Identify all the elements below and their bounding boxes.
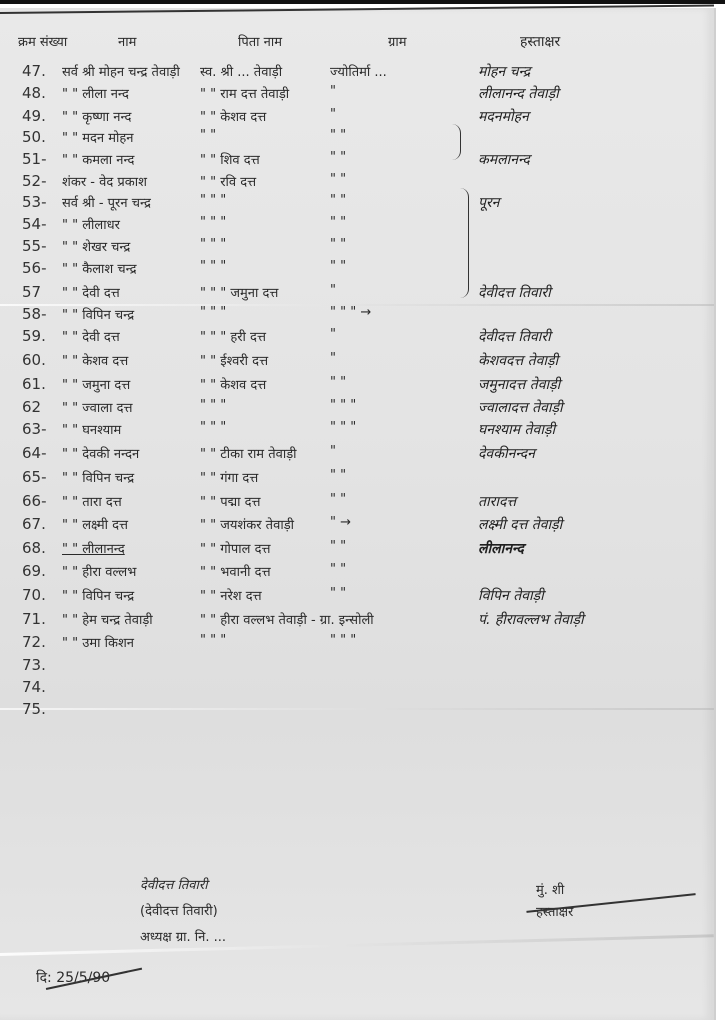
entry-name: " " लीलानन्द	[62, 539, 125, 557]
table-row: 50." " मदन मोहन" "" "	[0, 128, 714, 150]
entry-village: " "	[330, 172, 346, 187]
table-row: 47.सर्व श्री मोहन चन्द्र तेवाड़ीस्व. श्र…	[0, 62, 714, 84]
entry-signature: केशवदत्त तेवाड़ी	[478, 351, 558, 370]
entry-village: " "	[330, 539, 346, 554]
entry-name: " " मदन मोहन	[62, 128, 134, 146]
entry-village: " "	[330, 586, 346, 601]
entry-name: " " हेम चन्द्र तेवाड़ी	[62, 610, 153, 628]
entry-father-name: " " केशव दत्त	[200, 375, 266, 393]
table-row: 62" " ज्वाला दत्त" " "" " "ज्वालादत्त ते…	[0, 398, 714, 420]
header-signature: हस्ताक्षर	[520, 32, 560, 51]
entry-number: 63-	[22, 420, 47, 438]
entry-father-name: " " "	[200, 398, 226, 413]
entry-name: " " लक्ष्मी दत्त	[62, 515, 128, 533]
entry-village: "	[330, 444, 336, 459]
header-village: ग्राम	[388, 32, 406, 50]
entry-father-name: " " केशव दत्त	[200, 107, 266, 125]
entry-father-name: " " "	[200, 237, 226, 252]
entry-signature: पं. हीरावल्लभ तेवाड़ी	[478, 610, 584, 629]
entry-name: " " शेखर चन्द्र	[62, 237, 130, 255]
table-row: 73.	[0, 656, 714, 678]
entry-signature: घनश्याम तेवाड़ी	[478, 420, 555, 439]
table-row: 69." " हीरा वल्लभ" " भवानी दत्त" "	[0, 562, 714, 584]
table-row: 52-शंकर - वेद प्रकाश" " रवि दत्त" "	[0, 172, 714, 194]
table-row: 70." " विपिन चन्द्र" " नरेश दत्त" "विपिन…	[0, 586, 714, 608]
entry-village: " "	[330, 562, 346, 577]
table-row: 68." " लीलानन्द" " गोपाल दत्त" "लीलानन्द	[0, 539, 714, 561]
entry-village: "	[330, 283, 336, 298]
entry-father-name: " " "	[200, 259, 226, 274]
entry-village: " "	[330, 128, 346, 143]
entry-father-name: " " " हरी दत्त	[200, 327, 266, 345]
entry-name: " " लीला नन्द	[62, 84, 129, 102]
entry-number: 67.	[22, 515, 46, 533]
president-name: (देवीदत्त तिवारी)	[140, 899, 226, 925]
entry-number: 68.	[22, 539, 46, 557]
table-row: 59." " देवी दत्त" " " हरी दत्त"देवीदत्त …	[0, 327, 714, 349]
table-row: 65-" " विपिन चन्द्र" " गंगा दत्त" "	[0, 468, 714, 490]
entry-number: 60.	[22, 351, 46, 369]
entry-signature: लक्ष्मी दत्त तेवाड़ी	[478, 515, 562, 534]
entry-signature: देवीदत्त तिवारी	[478, 327, 551, 346]
entry-village: "	[330, 327, 336, 342]
entry-village: " "	[330, 150, 346, 165]
entry-father-name: " " गंगा दत्त	[200, 468, 258, 486]
entry-number: 66-	[22, 492, 47, 510]
table-row: 57" " देवी दत्त" " " जमुना दत्त"देवीदत्त…	[0, 283, 714, 305]
footer-attestation: देवीदत्त तिवारी (देवीदत्त तिवारी) अध्यक्…	[140, 873, 226, 951]
entry-number: 69.	[22, 562, 46, 580]
table-row: 54-" " लीलाधर" " "" "	[0, 215, 714, 237]
entry-number: 54-	[22, 215, 47, 233]
entry-number: 61.	[22, 375, 46, 393]
table-row: 53-सर्व श्री - पूरन चन्द्र" " "" "पूरन	[0, 193, 714, 215]
entry-village: " "	[330, 237, 346, 252]
table-row: 51-" " कमला नन्द" " शिव दत्त" "कमलानन्द	[0, 150, 714, 172]
entry-father-name: " " भवानी दत्त	[200, 562, 271, 580]
table-row: 63-" " घनश्याम" " "" " "घनश्याम तेवाड़ी	[0, 420, 714, 442]
entry-name: " " कैलाश चन्द्र	[62, 259, 137, 277]
entry-father-name: " "	[200, 128, 216, 143]
entry-father-name: स्व. श्री ... तेवाड़ी	[200, 62, 282, 80]
entry-father-name: " " पद्मा दत्त	[200, 492, 261, 510]
entry-signature: देवकीनन्दन	[478, 444, 535, 463]
table-row: 61." " जमुना दत्त" " केशव दत्त" "जमुनादत…	[0, 375, 714, 397]
entry-village: " " "	[330, 420, 356, 435]
entry-name: " " हीरा वल्लभ	[62, 562, 136, 580]
entry-name: " " देवी दत्त	[62, 283, 120, 301]
entry-father-name: " " "	[200, 193, 226, 208]
table-row: 49." " कृष्णा नन्द" " केशव दत्त"मदनमोहन	[0, 107, 714, 129]
entry-father-name: " " नरेश दत्त	[200, 586, 262, 604]
header-serial: क्रम संख्या	[18, 32, 67, 50]
entry-father-name: " " शिव दत्त	[200, 150, 260, 168]
entry-name: " " कमला नन्द	[62, 150, 134, 168]
president-signature: देवीदत्त तिवारी	[140, 873, 226, 899]
stamp-label: मुं. शी	[536, 880, 573, 902]
entry-village: " →	[330, 515, 351, 530]
table-row: 60." " केशव दत्त" " ईश्वरी दत्त"केशवदत्त…	[0, 351, 714, 373]
entry-name: " " देवकी नन्दन	[62, 444, 139, 462]
entry-number: 48.	[22, 84, 46, 102]
entry-father-name: " " हीरा वल्लभ तेवाड़ी - ग्रा. इन्सोली	[200, 610, 374, 628]
entry-number: 51-	[22, 150, 47, 168]
entry-number: 73.	[22, 656, 46, 674]
entry-number: 55-	[22, 237, 47, 255]
entry-number: 50.	[22, 128, 46, 146]
entry-village: " "	[330, 468, 346, 483]
signature-label: हस्ताक्षर	[536, 902, 573, 924]
entry-signature: लीलानन्द तेवाड़ी	[478, 84, 559, 103]
entry-number: 71.	[22, 610, 46, 628]
entry-name: सर्व श्री - पूरन चन्द्र	[62, 193, 151, 211]
entry-name: " " केशव दत्त	[62, 351, 128, 369]
entry-number: 52-	[22, 172, 47, 190]
entry-name: " " विपिन चन्द्र	[62, 468, 134, 486]
table-row: 56-" " कैलाश चन्द्र" " "" "	[0, 259, 714, 281]
entry-number: 64-	[22, 444, 47, 462]
scan-top-border	[0, 0, 725, 4]
entry-father-name: " " गोपाल दत्त	[200, 539, 271, 557]
entry-name: " " लीलाधर	[62, 215, 120, 233]
entry-number: 65-	[22, 468, 47, 486]
entry-name: " " ज्वाला दत्त	[62, 398, 132, 416]
entry-number: 49.	[22, 107, 46, 125]
entry-village: " " " →	[330, 305, 371, 320]
entry-number: 74.	[22, 678, 46, 696]
header-name: नाम	[118, 32, 136, 50]
table-row: 74.	[0, 678, 714, 700]
entry-name: " " कृष्णा नन्द	[62, 107, 131, 125]
entry-name: " " तारा दत्त	[62, 492, 122, 510]
entry-number: 59.	[22, 327, 46, 345]
table-row: 67." " लक्ष्मी दत्त" " जयशंकर तेवाड़ी" →…	[0, 515, 714, 537]
entry-signature: जमुनादत्त तेवाड़ी	[478, 375, 560, 394]
entry-village: " " "	[330, 398, 356, 413]
entry-name: " " जमुना दत्त	[62, 375, 130, 393]
entry-father-name: " " " जमुना दत्त	[200, 283, 278, 301]
entry-name: " " देवी दत्त	[62, 327, 120, 345]
entry-number: 56-	[22, 259, 47, 277]
entry-father-name: " " "	[200, 215, 226, 230]
paper-fold	[0, 934, 714, 956]
table-row: 72." " उमा किशन" " "" " "	[0, 633, 714, 655]
entry-number: 75.	[22, 700, 46, 718]
entry-signature: कमलानन्द	[478, 150, 530, 169]
entry-number: 47.	[22, 62, 46, 80]
entry-village: "	[330, 107, 336, 122]
entry-village: "	[330, 351, 336, 366]
president-title: अध्यक्ष ग्रा. नि. ...	[140, 925, 226, 951]
entry-father-name: " " "	[200, 305, 226, 320]
entry-number: 53-	[22, 193, 47, 211]
entry-village: ज्योतिर्मा ...	[330, 62, 387, 80]
entry-father-name: " " रवि दत्त	[200, 172, 256, 190]
table-row: 66-" " तारा दत्त" " पद्मा दत्त" "तारादत्…	[0, 492, 714, 514]
entry-father-name: " " "	[200, 420, 226, 435]
table-row: 64-" " देवकी नन्दन" " टीका राम तेवाड़ी"द…	[0, 444, 714, 466]
entry-village: " "	[330, 492, 346, 507]
entry-signature: ज्वालादत्त तेवाड़ी	[478, 398, 563, 417]
bracket-mark	[452, 124, 461, 160]
entry-village: " "	[330, 193, 346, 208]
entry-name: " " उमा किशन	[62, 633, 134, 651]
entry-father-name: " " "	[200, 633, 226, 648]
entry-father-name: " " जयशंकर तेवाड़ी	[200, 515, 294, 533]
entry-father-name: " " टीका राम तेवाड़ी	[200, 444, 297, 462]
register-sheet: क्रम संख्या नाम पिता नाम ग्राम हस्ताक्षर…	[0, 8, 716, 1020]
table-row: 75.	[0, 700, 714, 722]
entry-village: "	[330, 84, 336, 99]
entry-village: " "	[330, 375, 346, 390]
header-father-name: पिता नाम	[238, 32, 282, 50]
entry-signature: देवीदत्त तिवारी	[478, 283, 551, 302]
table-row: 71." " हेम चन्द्र तेवाड़ी" " हीरा वल्लभ …	[0, 610, 714, 632]
entry-number: 57	[22, 283, 41, 301]
entry-number: 70.	[22, 586, 46, 604]
entry-father-name: " " ईश्वरी दत्त	[200, 351, 268, 369]
entry-signature: तारादत्त	[478, 492, 516, 511]
entry-name: शंकर - वेद प्रकाश	[62, 172, 147, 190]
entry-village: " "	[330, 215, 346, 230]
entry-number: 72.	[22, 633, 46, 651]
footer-stamp-signature: मुं. शी हस्ताक्षर	[536, 880, 573, 924]
table-row: 55-" " शेखर चन्द्र" " "" "	[0, 237, 714, 259]
entry-village: " " "	[330, 633, 356, 648]
entry-village: " "	[330, 259, 346, 274]
entry-signature: पूरन	[478, 193, 499, 212]
entry-signature: मोहन चन्द्र	[478, 62, 530, 81]
entry-name: " " विपिन चन्द्र	[62, 586, 134, 604]
entry-name: सर्व श्री मोहन चन्द्र तेवाड़ी	[62, 62, 180, 80]
entry-number: 58-	[22, 305, 47, 323]
entry-father-name: " " राम दत्त तेवाड़ी	[200, 84, 289, 102]
entry-signature: मदनमोहन	[478, 107, 529, 126]
column-header-row: क्रम संख्या नाम पिता नाम ग्राम हस्ताक्षर	[0, 32, 714, 56]
bracket-mark	[460, 188, 469, 298]
entry-signature: लीलानन्द	[478, 539, 524, 558]
table-row: 48." " लीला नन्द" " राम दत्त तेवाड़ी"लील…	[0, 84, 714, 106]
entry-number: 62	[22, 398, 41, 416]
entry-name: " " विपिन चन्द्र	[62, 305, 134, 323]
entry-signature: विपिन तेवाड़ी	[478, 586, 544, 605]
entry-name: " " घनश्याम	[62, 420, 121, 438]
table-row: 58-" " विपिन चन्द्र" " "" " " →	[0, 305, 714, 327]
